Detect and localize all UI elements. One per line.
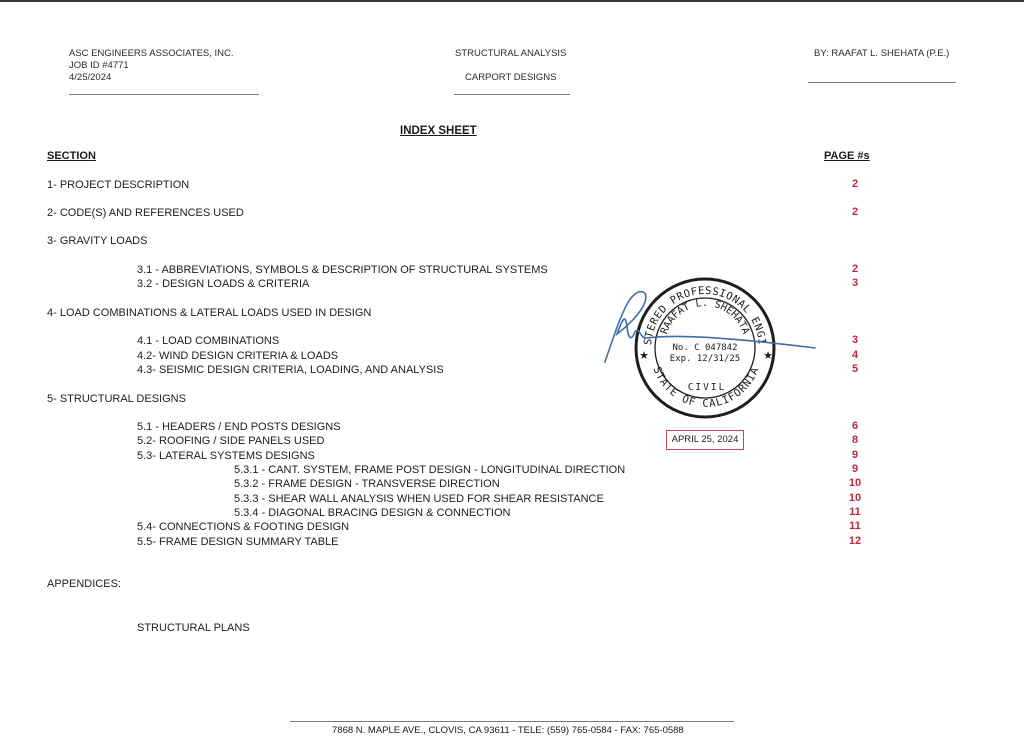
index-entry-page: 5 bbox=[840, 363, 870, 375]
seal-expiry: Exp. 12/31/25 bbox=[670, 354, 740, 364]
company-name: ASC ENGINEERS ASSOCIATES, INC. bbox=[69, 48, 234, 60]
index-entry-label: 5.3.3 - SHEAR WALL ANALYSIS WHEN USED FO… bbox=[234, 492, 604, 506]
index-entry-page: 9 bbox=[840, 463, 870, 475]
index-entry-label: 1- PROJECT DESCRIPTION bbox=[47, 178, 189, 192]
index-entry-label: 4.3- SEISMIC DESIGN CRITERIA, LOADING, A… bbox=[137, 363, 444, 377]
index-entry-label: 3.2 - DESIGN LOADS & CRITERIA bbox=[137, 277, 309, 291]
index-entry-label: 5.4- CONNECTIONS & FOOTING DESIGN bbox=[137, 520, 349, 534]
index-entry-label: 3- GRAVITY LOADS bbox=[47, 234, 147, 248]
header-center-rule bbox=[454, 94, 570, 95]
index-entry-label: 5.3.2 - FRAME DESIGN - TRANSVERSE DIRECT… bbox=[234, 477, 500, 491]
index-entry-page: 9 bbox=[840, 449, 870, 461]
index-entry-label: 4.1 - LOAD COMBINATIONS bbox=[137, 334, 279, 348]
index-entry-label: 2- CODE(S) AND REFERENCES USED bbox=[47, 206, 244, 220]
author: BY: RAAFAT L. SHEHATA (P.E.) bbox=[814, 48, 949, 60]
index-entry-page: 6 bbox=[840, 420, 870, 432]
index-entry-page: 11 bbox=[840, 506, 870, 518]
job-id: JOB ID #4771 bbox=[69, 60, 129, 72]
index-entry-page: 4 bbox=[840, 349, 870, 361]
index-entry-label: 5.3- LATERAL SYSTEMS DESIGNS bbox=[137, 449, 315, 463]
header-date: 4/25/2024 bbox=[69, 72, 111, 84]
document-title: STRUCTURAL ANALYSIS bbox=[455, 48, 566, 60]
index-entry-label: 5.3.4 - DIAGONAL BRACING DESIGN & CONNEC… bbox=[234, 506, 510, 520]
index-entry-label: 5.5- FRAME DESIGN SUMMARY TABLE bbox=[137, 535, 339, 549]
index-entry-page: 3 bbox=[840, 334, 870, 346]
index-entry-page: 11 bbox=[840, 520, 870, 532]
seal-star-left-icon: ★ bbox=[639, 350, 649, 362]
index-entry-label: 5- STRUCTURAL DESIGNS bbox=[47, 392, 186, 406]
index-entry-page: 3 bbox=[840, 277, 870, 289]
index-entry-page: 10 bbox=[840, 477, 870, 489]
appendix-item: STRUCTURAL PLANS bbox=[137, 621, 250, 635]
index-sheet-title: INDEX SHEET bbox=[400, 125, 477, 137]
seal-discipline: CIVIL bbox=[688, 382, 727, 393]
index-entry-page: 12 bbox=[840, 535, 870, 547]
section-column-header: SECTION bbox=[47, 150, 96, 162]
index-entry-label: 5.2- ROOFING / SIDE PANELS USED bbox=[137, 434, 324, 448]
index-entry-page: 2 bbox=[840, 206, 870, 218]
index-entry-page: 8 bbox=[840, 434, 870, 446]
engineer-seal: REGISTERED PROFESSIONAL ENGINEER RAAFAT … bbox=[595, 268, 825, 428]
seal-star-right-icon: ★ bbox=[763, 350, 773, 362]
footer-rule bbox=[290, 721, 734, 722]
index-entry-label: 5.1 - HEADERS / END POSTS DESIGNS bbox=[137, 420, 341, 434]
appendices-label: APPENDICES: bbox=[47, 577, 121, 591]
stamp-date: APRIL 25, 2024 bbox=[666, 430, 744, 450]
index-entry-label: 4- LOAD COMBINATIONS & LATERAL LOADS USE… bbox=[47, 306, 371, 320]
page-column-header: PAGE #s bbox=[824, 150, 870, 162]
index-entry-label: 3.1 - ABBREVIATIONS, SYMBOLS & DESCRIPTI… bbox=[137, 263, 548, 277]
index-entry-page: 2 bbox=[840, 263, 870, 275]
index-entry-page: 10 bbox=[840, 492, 870, 504]
index-entry-label: 5.3.1 - CANT. SYSTEM, FRAME POST DESIGN … bbox=[234, 463, 625, 477]
header-right-rule bbox=[808, 82, 956, 83]
footer-address: 7868 N. MAPLE AVE., CLOVIS, CA 93611 - T… bbox=[332, 725, 684, 736]
index-entry-page: 2 bbox=[840, 178, 870, 190]
document-subtitle: CARPORT DESIGNS bbox=[465, 72, 557, 84]
seal-license: No. C 047842 bbox=[672, 343, 737, 353]
window-top-border bbox=[0, 0, 1024, 2]
header-left-rule bbox=[69, 94, 259, 95]
index-entry-label: 4.2- WIND DESIGN CRITERIA & LOADS bbox=[137, 349, 338, 363]
